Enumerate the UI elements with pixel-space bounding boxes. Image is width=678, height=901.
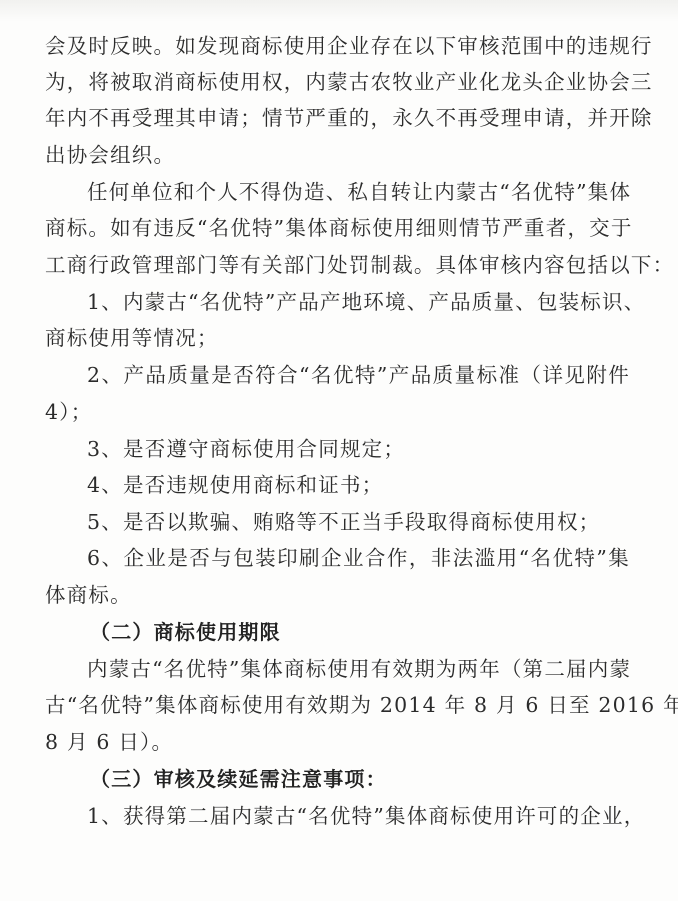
paragraph-line: 8 月 6 日）。 xyxy=(45,730,630,754)
section-heading-3: （三）审核及续延需注意事项： xyxy=(90,767,675,791)
list-item-2: 2、产品质量是否符合“名优特”产品质量标准（详见附件 xyxy=(87,363,630,387)
list-item-2-cont: 4）； xyxy=(45,400,630,424)
list-item-5: 5、是否以欺骗、贿赂等不正当手段取得商标使用权； xyxy=(87,510,630,534)
list-item-4: 4、是否违规使用商标和证书； xyxy=(87,473,630,497)
scan-edge xyxy=(0,0,678,22)
list-item-3: 3、是否遵守商标使用合同规定； xyxy=(87,437,630,461)
paragraph-line: 工商行政管理部门等有关部门处罚制裁。具体审核内容包括以下： xyxy=(45,253,630,277)
list-item-6-cont: 体商标。 xyxy=(45,583,630,607)
paragraph-line: 内蒙古“名优特”集体商标使用有效期为两年（第二届内蒙 xyxy=(87,657,630,681)
section-heading-2: （二）商标使用期限 xyxy=(90,620,675,644)
paragraph-line: 为，将被取消商标使用权，内蒙古农牧业产业化龙头企业协会三 xyxy=(45,70,630,94)
paragraph-line: 商标。如有违反“名优特”集体商标使用细则情节严重者，交于 xyxy=(45,216,630,240)
paragraph-line: 古“名优特”集体商标使用有效期为 2014 年 8 月 6 日至 2016 年 xyxy=(45,693,630,717)
list-item-6: 6、企业是否与包装印刷企业合作，非法滥用“名优特”集 xyxy=(87,546,630,570)
list-item-1: 1、获得第二届内蒙古“名优特”集体商标使用许可的企业， xyxy=(87,804,630,828)
paragraph-line: 出协会组织。 xyxy=(45,143,630,167)
paragraph-line: 任何单位和个人不得伪造、私自转让内蒙古“名优特”集体 xyxy=(87,180,630,204)
list-item-1: 1、内蒙古“名优特”产品产地环境、产品质量、包装标识、 xyxy=(87,290,630,314)
paragraph-line: 年内不再受理其申请；情节严重的，永久不再受理申请，并开除 xyxy=(45,106,630,130)
list-item-1-cont: 商标使用等情况； xyxy=(45,326,630,350)
paragraph-line: 会及时反映。如发现商标使用企业存在以下审核范围中的违规行 xyxy=(45,34,630,58)
